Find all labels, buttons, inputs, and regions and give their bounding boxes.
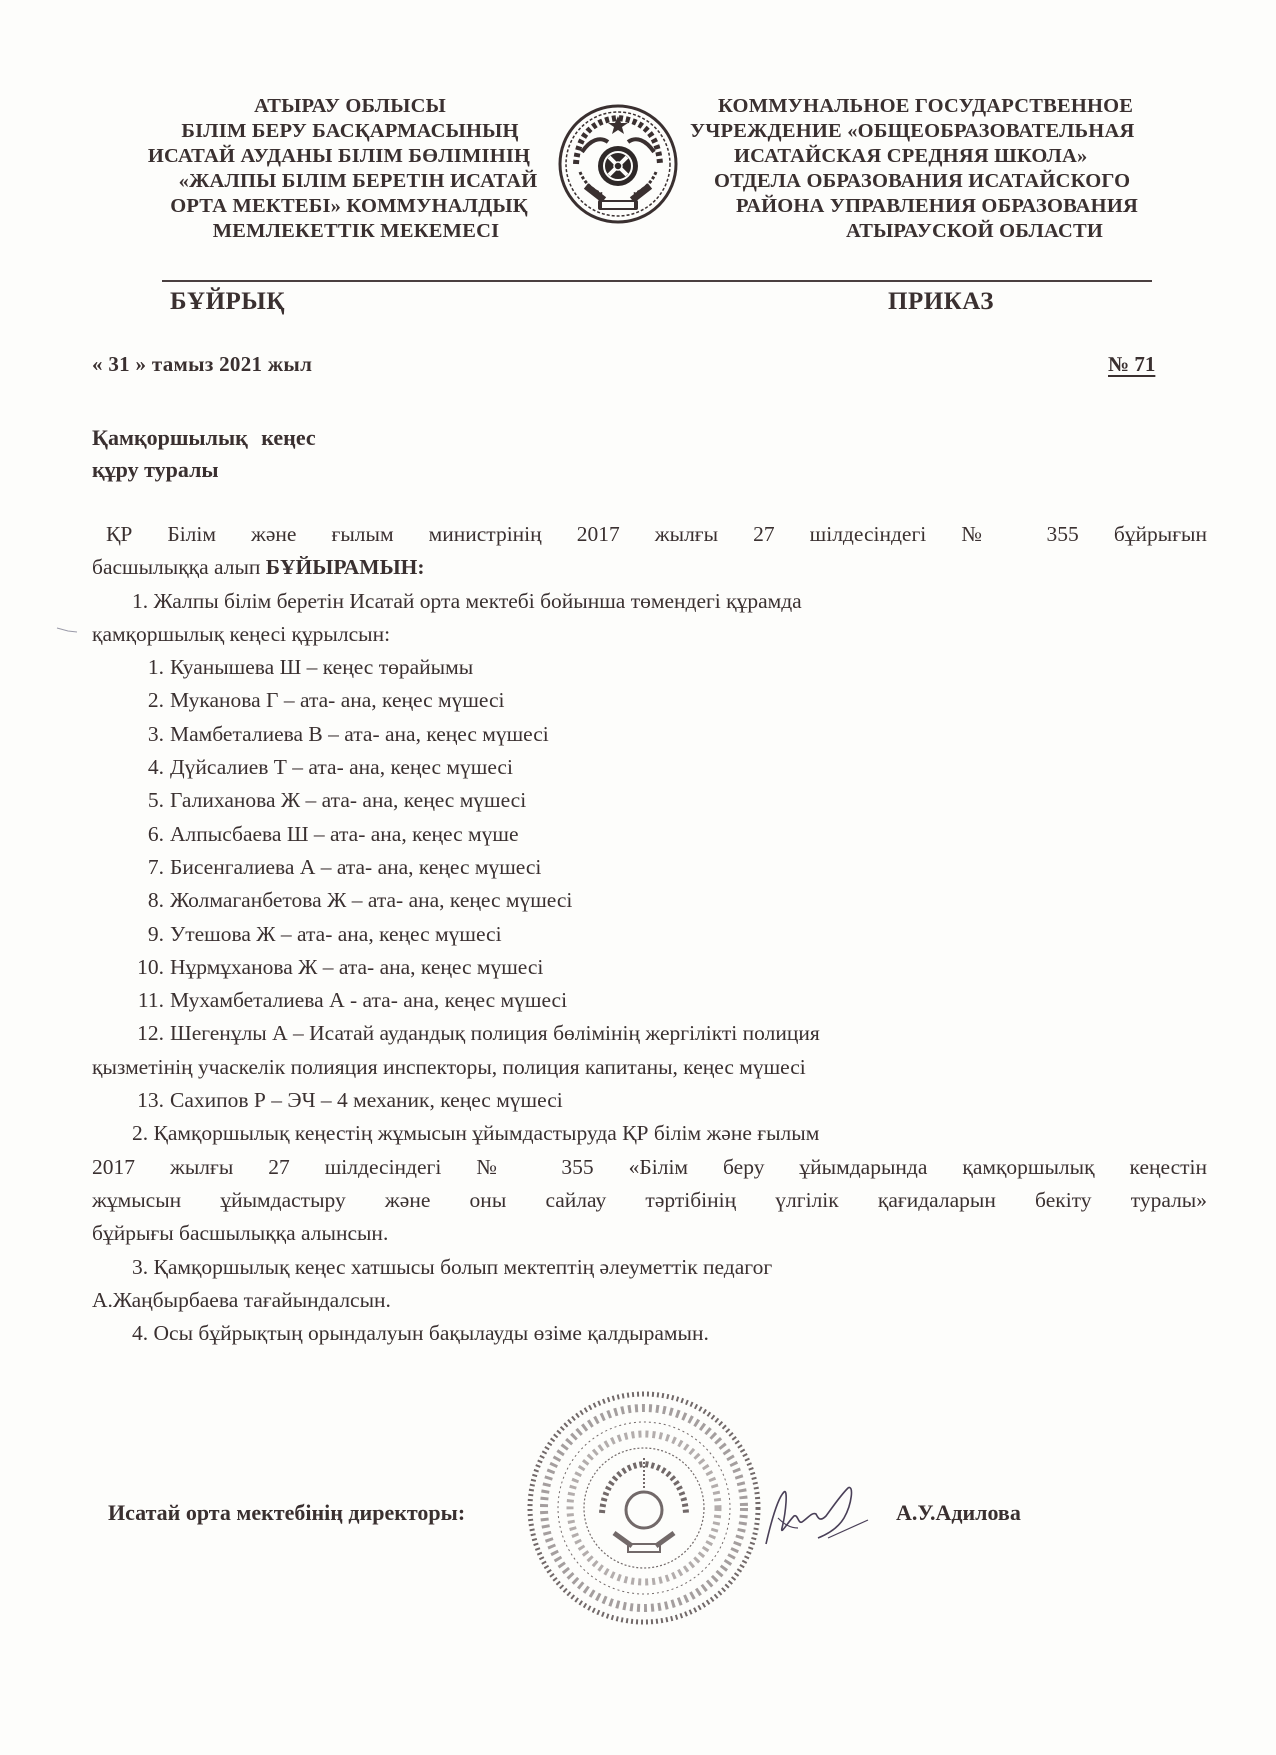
member-item: 11.Мухамбеталиева А - ата- ана, кеңес мү… — [92, 984, 1207, 1017]
member-item: 9.Утешова Ж – ата- ана, кеңес мүшесі — [92, 918, 1207, 951]
order-document: АТЫРАУ ОБЛЫСЫ БІЛІМ БЕРУ БАСҚАРМАСЫНЫҢ И… — [0, 0, 1276, 1755]
member-item: 7.Бисенгалиева А – ата- ана, кеңес мүшес… — [92, 851, 1207, 884]
item-2: 2. Қамқоршылық кеңестің жұмысын ұйымдаст… — [92, 1117, 1207, 1150]
preamble-text: басшылыққа алып — [92, 555, 266, 579]
signatory-title: Исатай орта мектебінің директоры: — [108, 1500, 465, 1526]
item-2-cont: жұмысын ұйымдастыру және оны сайлау тәрт… — [92, 1184, 1207, 1217]
member-item: 10.Нұрмұханова Ж – ата- ана, кеңес мүшес… — [92, 951, 1207, 984]
header-ru-line: ОТДЕЛА ОБРАЗОВАНИЯ ИСАТАЙСКОГО — [690, 169, 1210, 194]
item-2-cont: бұйрығы басшылыққа алынсын. — [92, 1217, 1207, 1250]
member-item: 4.Дүйсалиев Т – ата- ана, кеңес мүшесі — [92, 751, 1207, 784]
item-3: 3. Қамқоршылық кеңес хатшысы болып мекте… — [92, 1251, 1207, 1284]
header-ru-line: УЧРЕЖДЕНИЕ «ОБЩЕОБРАЗОВАТЕЛЬНАЯ — [690, 119, 1210, 144]
scan-artifact-icon — [56, 626, 78, 634]
header-ru-line: ИСАТАЙСКАЯ СРЕДНЯЯ ШКОЛА» — [690, 144, 1210, 169]
round-seal-stamp-icon — [524, 1388, 764, 1628]
council-members-list: 1.Куанышева Ш – кеңес төрайымы 2.Муканов… — [92, 651, 1207, 1117]
order-subject: Қамқоршылық кеңес құру туралы — [92, 422, 316, 486]
header-ru-line: КОММУНАЛЬНОЕ ГОСУДАРСТВЕННОЕ — [690, 94, 1210, 119]
item-1: 1. Жалпы білім беретін Исатай орта мекте… — [92, 585, 1207, 618]
header-kz-line: БІЛІМ БЕРУ БАСҚАРМАСЫНЫҢ — [140, 119, 560, 144]
header-institution-kz: АТЫРАУ ОБЛЫСЫ БІЛІМ БЕРУ БАСҚАРМАСЫНЫҢ И… — [140, 94, 560, 244]
header-divider — [162, 280, 1152, 282]
order-number: № 71 — [1108, 352, 1155, 377]
item-1-cont: қамқоршылық кеңесі құрылсын: — [92, 618, 1207, 651]
preamble-line: басшылыққа алып БҰЙЫРАМЫН: — [92, 551, 1207, 584]
header-kz-line: ОРТА МЕКТЕБІ» КОММУНАЛДЫҚ — [138, 194, 560, 219]
member-item: 6.Алпысбаева Ш – ата- ана, кеңес мүше — [92, 818, 1207, 851]
member-item: 2.Муканова Г – ата- ана, кеңес мүшесі — [92, 684, 1207, 717]
order-date: « 31 » тамыз 2021 жыл — [92, 352, 312, 377]
header-kz-line: ИСАТАЙ АУДАНЫ БІЛІМ БӨЛІМІНІҢ — [118, 144, 560, 169]
item-4: 4. Осы бұйрықтың орындалуын бақылауды өз… — [92, 1317, 1207, 1350]
member-item: 3.Мамбеталиева В – ата- ана, кеңес мүшес… — [92, 718, 1207, 751]
member-item: 5.Галиханова Ж – ата- ана, кеңес мүшесі — [92, 784, 1207, 817]
header-kz-line: «ЖАЛПЫ БІЛІМ БЕРЕТІН ИСАТАЙ — [156, 169, 560, 194]
member-item: 12.Шегенұлы А – Исатай аудандық полиция … — [92, 1017, 1207, 1050]
item-2-cont: 2017 жылғы 27 шілдесіндегі № 355 «Білім … — [92, 1151, 1207, 1184]
member-item-cont: қызметінің учаскелік полияция инспекторы… — [92, 1051, 1207, 1084]
header-ru-line: РАЙОНА УПРАВЛЕНИЯ ОБРАЗОВАНИЯ — [690, 194, 1210, 219]
order-body: ҚР Білім және ғылым министрінің 2017 жыл… — [92, 518, 1207, 1350]
signatory-name: А.У.Адилова — [896, 1500, 1021, 1526]
document-title-ru: ПРИКАЗ — [888, 288, 994, 316]
decree-keyword: БҰЙЫРАМЫН: — [266, 555, 425, 579]
subject-line: құру туралы — [92, 454, 316, 486]
subject-line: Қамқоршылық кеңес — [92, 422, 316, 454]
header-institution-ru: КОММУНАЛЬНОЕ ГОСУДАРСТВЕННОЕ УЧРЕЖДЕНИЕ … — [690, 94, 1210, 244]
handwritten-signature-icon — [758, 1478, 888, 1558]
header-ru-line: АТЫРАУСКОЙ ОБЛАСТИ — [690, 219, 1210, 244]
state-emblem-icon — [556, 102, 680, 226]
header-kz-line: АТЫРАУ ОБЛЫСЫ — [140, 94, 560, 119]
member-item: 13.Сахипов Р – ЭЧ – 4 механик, кеңес мүш… — [92, 1084, 1207, 1117]
item-3-cont: А.Жаңбырбаева тағайындалсын. — [92, 1284, 1207, 1317]
member-item: 8.Жолмаганбетова Ж – ата- ана, кеңес мүш… — [92, 884, 1207, 917]
header-kz-line: МЕМЛЕКЕТТІК МЕКЕМЕСІ — [152, 219, 560, 244]
preamble-line: ҚР Білім және ғылым министрінің 2017 жыл… — [92, 518, 1207, 551]
document-title-kz: БҰЙРЫҚ — [170, 288, 285, 316]
member-item: 1.Куанышева Ш – кеңес төрайымы — [92, 651, 1207, 684]
